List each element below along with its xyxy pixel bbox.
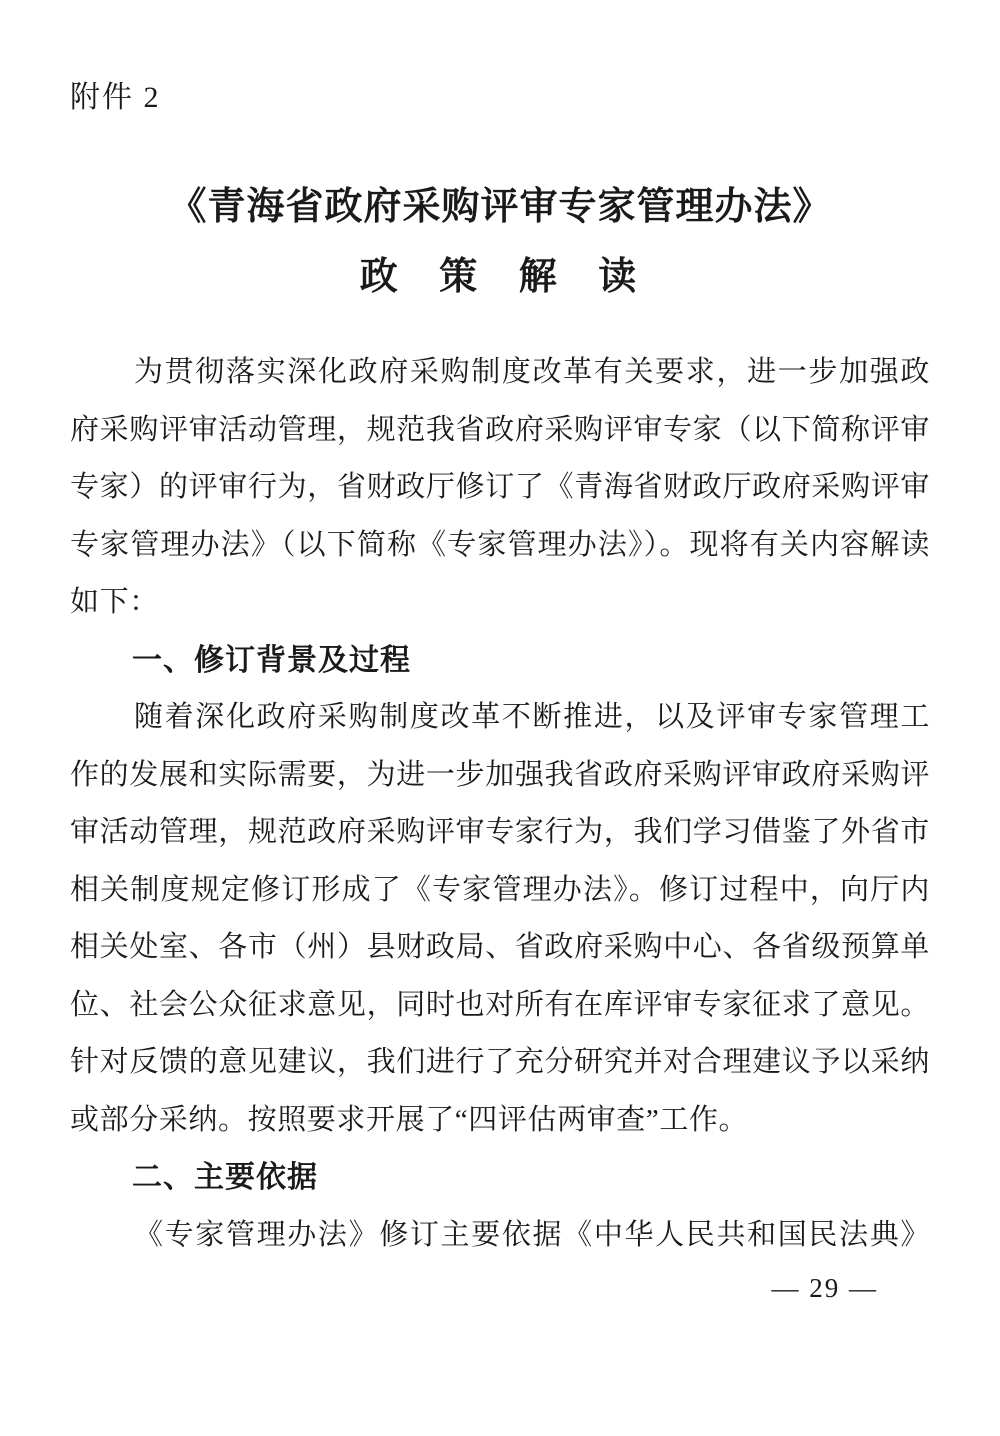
attachment-label: 附件 2: [70, 80, 930, 116]
document-title-line2: 政 策 解 读: [70, 242, 930, 312]
page-number: — 29 —: [70, 1268, 930, 1308]
document-body: 为贯彻落实深化政府采购制度改革有关要求，进一步加强政府采购评审活动管理，规范我省…: [70, 344, 930, 1264]
section2-heading: 二、主要依据: [70, 1149, 930, 1207]
document-page: 附件 2 《青海省政府采购评审专家管理办法》 政 策 解 读 为贯彻落实深化政府…: [0, 0, 1000, 1436]
paragraph-section1: 随着深化政府采购制度改革不断推进，以及评审专家管理工作的发展和实际需要，为进一步…: [70, 689, 930, 1149]
section1-heading: 一、修订背景及过程: [70, 632, 930, 690]
paragraph-section2: 《专家管理办法》修订主要依据《中华人民共和国民法典》: [70, 1207, 930, 1265]
document-title-line1: 《青海省政府采购评审专家管理办法》: [70, 172, 930, 242]
paragraph-intro: 为贯彻落实深化政府采购制度改革有关要求，进一步加强政府采购评审活动管理，规范我省…: [70, 344, 930, 632]
title-block: 《青海省政府采购评审专家管理办法》 政 策 解 读: [70, 172, 930, 312]
